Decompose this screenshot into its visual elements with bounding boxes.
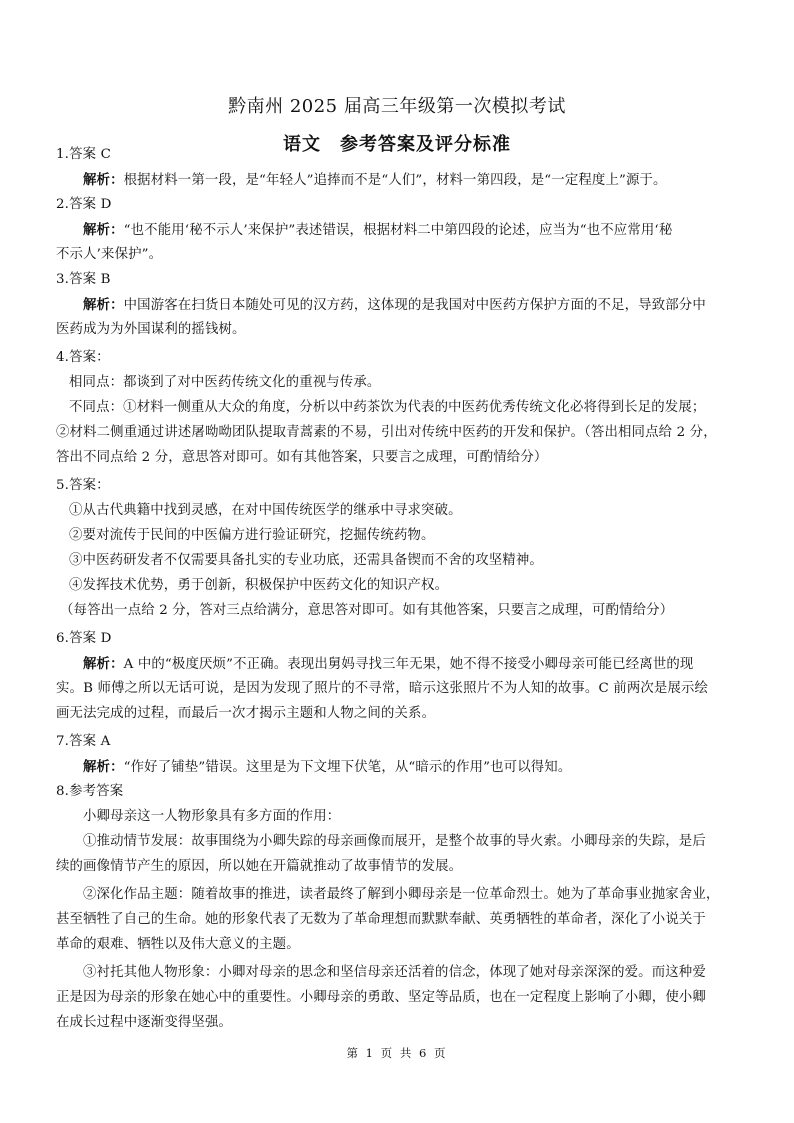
q2-analysis-line1: 解析：“也不能用‘秘不示人’来保护”表述错误，根据材料二中第四段的论述，应当为“… — [83, 221, 740, 240]
analysis-label: 解析： — [83, 656, 124, 672]
q8-p2-line2: 甚至牺牲了自己的生命。她的形象代表了无数为了革命理想而默默奉献、英勇牺牲的革命者… — [56, 911, 740, 929]
q8-p3-line1: ③衬托其他人物形象：小卿对母亲的思念和坚信母亲还活着的信念，体现了她对母亲深深的… — [83, 964, 767, 982]
page-footer: 第 1 页 共 6 页 — [0, 1045, 794, 1061]
q8-p3-line2: 正是因为母亲的形象在她心中的重要性。小卿母亲的勇敢、坚定等品质，也在一定程度上影… — [56, 989, 740, 1007]
q8-p2-line1: ②深化作品主题：随着故事的推进，读者最终了解到小卿母亲是一位革命烈士。她为了革命… — [83, 886, 767, 904]
document-title: 黔南州 2025 届高三年级第一次模拟考试 — [0, 92, 794, 118]
q5-heading: 5.答案： — [56, 477, 740, 495]
q1-analysis: 解析：根据材料一第一段，是“年轻人”追捧而不是“人们”，材料一第四段，是“一定程… — [83, 171, 767, 190]
q7-heading: 7.答案 A — [56, 733, 740, 751]
q8-p3-line3: 在成长过程中逐渐变得坚强。 — [56, 1014, 740, 1032]
q5-point-2: ②要对流传于民间的中医偏方进行验证研究，挖掘传统药物。 — [69, 527, 753, 545]
q6-analysis-line3: 画无法完成的过程，而最后一次才揭示主题和人物之间的关系。 — [56, 705, 740, 723]
q6-analysis-line1: 解析：A 中的“极度厌烦”不正确。表现出舅妈寻找三年无果，她不得不接受小卿母亲可… — [83, 655, 767, 674]
q4-heading: 4.答案： — [56, 349, 740, 367]
analysis-label: 解析： — [83, 172, 124, 188]
q8-p1-line1: ①推动情节发展：故事围绕为小卿失踪的母亲画像而展开，是整个故事的导火索。小卿母亲… — [83, 833, 767, 851]
q5-scoring: （每答出一点给 2 分，答对三点给满分，意思答对即可。如有其他答案，只要言之成理… — [60, 602, 744, 620]
analysis-label: 解析： — [83, 222, 124, 238]
q2-analysis-line2: 不示人’来保护”。 — [56, 246, 740, 264]
q6-analysis-line2: 实。B 师傅之所以无话可说，是因为发现了照片的不寻常，暗示这张照片不为人知的故事… — [56, 680, 740, 698]
q8-p2-line3: 革命的艰难、牺牲以及伟大意义的主题。 — [56, 936, 740, 954]
q5-point-4: ④发挥技术优势，勇于创新，积极保护中医药文化的知识产权。 — [69, 577, 753, 595]
q7-analysis: 解析：“作好了铺垫”错误。这里是为下文埋下伏笔，从“暗示的作用”也可以得知。 — [83, 758, 767, 777]
document-page: 黔南州 2025 届高三年级第一次模拟考试 语文 参考答案及评分标准 1.答案 … — [0, 0, 794, 1123]
q5-point-1: ①从古代典籍中找到灵感，在对中国传统医学的继承中寻求突破。 — [69, 502, 753, 520]
q8-heading: 8.参考答案 — [56, 783, 740, 801]
q3-analysis-line2: 医药成为为外国谋利的摇钱树。 — [56, 321, 740, 339]
q4-same-point: 相同点：都谈到了对中医药传统文化的重视与传承。 — [69, 374, 753, 392]
analysis-label: 解析： — [83, 297, 124, 313]
analysis-label: 解析： — [83, 759, 124, 775]
q3-heading: 3.答案 B — [56, 271, 740, 289]
q2-heading: 2.答案 D — [56, 196, 740, 214]
q1-heading: 1.答案 C — [56, 146, 740, 164]
q4-diff-line2: ②材料二侧重通过讲述屠呦呦团队提取青蒿素的不易，引出对传统中医药的开发和保护。（… — [56, 424, 740, 442]
q8-intro: 小卿母亲这一人物形象具有多方面的作用： — [83, 808, 767, 826]
q6-heading: 6.答案 D — [56, 630, 740, 648]
q5-point-3: ③中医药研发者不仅需要具备扎实的专业功底，还需具备锲而不舍的攻坚精神。 — [69, 552, 753, 570]
q4-diff-line1: 不同点：①材料一侧重从大众的角度，分析以中药茶饮为代表的中医药优秀传统文化必将得… — [69, 399, 753, 417]
q3-analysis-line1: 解析：中国游客在扫货日本随处可见的汉方药，这体现的是我国对中医药方保护方面的不足… — [83, 296, 767, 315]
q8-p1-line2: 续的画像情节产生的原因，所以她在开篇就推动了故事情节的发展。 — [56, 858, 740, 876]
q4-diff-line3: 答出不同点给 2 分，意思答对即可。如有其他答案，只要言之成理，可酌情给分） — [56, 449, 740, 467]
